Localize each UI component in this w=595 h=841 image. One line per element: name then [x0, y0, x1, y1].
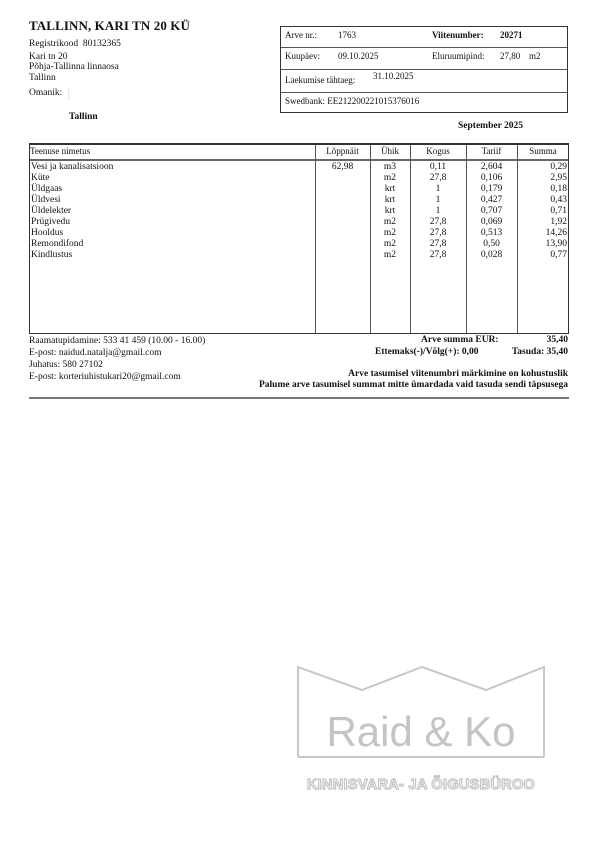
services-table: Teenuse nimetus Lõppnäit Ühik Kogus Tari… [29, 143, 569, 334]
cell-tariff: 0,427 [466, 195, 517, 206]
column-divider [315, 145, 316, 333]
cell-sum: 1,92 [517, 217, 567, 228]
cell-quantity: 27,8 [410, 173, 466, 184]
cell-service-name: Üldelekter [31, 206, 311, 217]
cell-unit: m2 [370, 173, 410, 184]
area-unit: m2 [529, 51, 541, 61]
cell-unit: m2 [370, 250, 410, 261]
cell-meter-reading: 62,98 [315, 162, 370, 173]
cell-quantity: 27,8 [410, 250, 466, 261]
contact-board: Juhatus: 580 27102 [29, 359, 205, 371]
address-line: Kari tn 20 [29, 52, 121, 63]
cell-tariff: 0,106 [466, 173, 517, 184]
cell-sum: 0,18 [517, 184, 567, 195]
cell-sum: 0,77 [517, 250, 567, 261]
area-value: 27,80 [500, 51, 520, 61]
cell-quantity: 27,8 [410, 217, 466, 228]
cell-quantity: 1 [410, 195, 466, 206]
cell-tariff: 0,513 [466, 228, 517, 239]
cell-quantity: 27,8 [410, 239, 466, 250]
cell-service-name: Üldgaas [31, 184, 311, 195]
owner-label: Omanik: [29, 88, 62, 98]
note-rounding: Palume arve tasumisel summat mitte ümard… [259, 380, 568, 391]
header-sum: Summa [517, 146, 569, 156]
cell-quantity: 1 [410, 184, 466, 195]
cell-sum: 14,26 [517, 228, 567, 239]
cell-tariff: 0,069 [466, 217, 517, 228]
header-quantity: Kogus [410, 146, 466, 156]
info-row-bank: Swedbank: EE212200221015376016 [281, 92, 567, 113]
cell-quantity: 1 [410, 206, 466, 217]
due-label: Laekumise tähtaeg: [285, 75, 355, 85]
cell-tariff: 0,50 [466, 239, 517, 250]
owner-city: Tallinn [69, 112, 98, 122]
cell-service-name: Üldvesi [31, 195, 311, 206]
header-service: Teenuse nimetus [30, 146, 90, 156]
bank-account: Swedbank: EE212200221015376016 [285, 96, 419, 106]
due-date: 31.10.2025 [373, 71, 414, 81]
reference-label: Viitenumber: [432, 30, 484, 40]
owner-placeholder-dots: .:: [68, 87, 70, 102]
cell-sum: 0,71 [517, 206, 567, 217]
cell-tariff: 0,707 [466, 206, 517, 217]
company-name: TALLINN, KARI TN 20 KÜ [29, 18, 190, 34]
registry-code-value: 80132365 [83, 39, 121, 49]
info-row-invoice: Arve nr.: 1763 Viitenumber: 20271 [281, 27, 567, 48]
contact-accounting: Raamatupidamine: 533 41 459 (10.00 - 16.… [29, 335, 205, 347]
cell-sum: 0,29 [517, 162, 567, 173]
info-row-date: Kuupäev: 09.10.2025 Eluruumipind: 27,80 … [281, 47, 567, 70]
cell-unit: krt [370, 206, 410, 217]
cell-service-name: Remondifond [31, 239, 311, 250]
footer-rule [29, 397, 569, 399]
cell-tariff: 0,028 [466, 250, 517, 261]
cell-tariff: 0,179 [466, 184, 517, 195]
logo-name: Raid & Ko [326, 708, 515, 755]
payment-notes: Arve tasumisel viitenumbri märkimine on … [259, 369, 568, 391]
company-details: Registrikood 80132365 Kari tn 20 Põhja-T… [29, 39, 121, 83]
cell-sum: 2,95 [517, 173, 567, 184]
cell-tariff: 2,604 [466, 162, 517, 173]
note-reference: Arve tasumisel viitenumbri märkimine on … [259, 369, 568, 380]
invoice-sum-label: Arve summa EUR: [421, 335, 499, 345]
address-line: Tallinn [29, 73, 121, 84]
invoice-no: 1763 [338, 30, 356, 40]
info-row-due: Laekumise tähtaeg: 31.10.2025 [281, 69, 567, 93]
cell-unit: m2 [370, 239, 410, 250]
cell-quantity: 0,11 [410, 162, 466, 173]
cell-unit: m2 [370, 217, 410, 228]
address-line: Põhja-Tallinna linnaosa [29, 62, 121, 73]
cell-unit: krt [370, 195, 410, 206]
registry-code: Registrikood 80132365 [29, 39, 121, 50]
cell-sum: 13,90 [517, 239, 567, 250]
balance: Ettemaks(-)/Võlg(+): 0,00 [375, 347, 479, 357]
contact-email-board: E-post: korteriuhistukari20@gmail.com [29, 371, 205, 383]
cell-quantity: 27,8 [410, 228, 466, 239]
header-tariff: Tariif [466, 146, 517, 156]
billing-period: September 2025 [458, 121, 523, 131]
invoice-sum: 35,40 [547, 335, 568, 345]
registry-code-label: Registrikood [29, 39, 78, 49]
area-label: Eluruumipind: [432, 51, 485, 61]
company-logo-watermark: Raid & Ko KINNISVARA- JA ÕIGUSBÜROO [296, 662, 546, 797]
logo-tagline: KINNISVARA- JA ÕIGUSBÜROO [307, 775, 535, 793]
cell-service-name: Prügivedu [31, 217, 311, 228]
cell-sum: 0,43 [517, 195, 567, 206]
cell-unit: krt [370, 184, 410, 195]
contact-email: E-post: naidud.natalja@gmail.com [29, 347, 205, 359]
amount-to-pay: Tasuda: 35,40 [512, 347, 568, 357]
header-unit: Ühik [370, 146, 410, 156]
invoice-info-box: Arve nr.: 1763 Viitenumber: 20271 Kuupäe… [280, 26, 568, 113]
cell-service-name: Küte [31, 173, 311, 184]
date-label: Kuupäev: [285, 51, 320, 61]
cell-unit: m2 [370, 228, 410, 239]
reference-number: 20271 [500, 30, 523, 40]
cell-unit: m3 [370, 162, 410, 173]
cell-service-name: Kindlustus [31, 250, 311, 261]
invoice-no-label: Arve nr.: [285, 30, 317, 40]
invoice-date: 09.10.2025 [338, 51, 379, 61]
cell-service-name: Vesi ja kanalisatsioon [31, 162, 311, 173]
contacts: Raamatupidamine: 533 41 459 (10.00 - 16.… [29, 335, 205, 383]
cell-service-name: Hooldus [31, 228, 311, 239]
header-reading: Lõppnäit [315, 146, 370, 156]
